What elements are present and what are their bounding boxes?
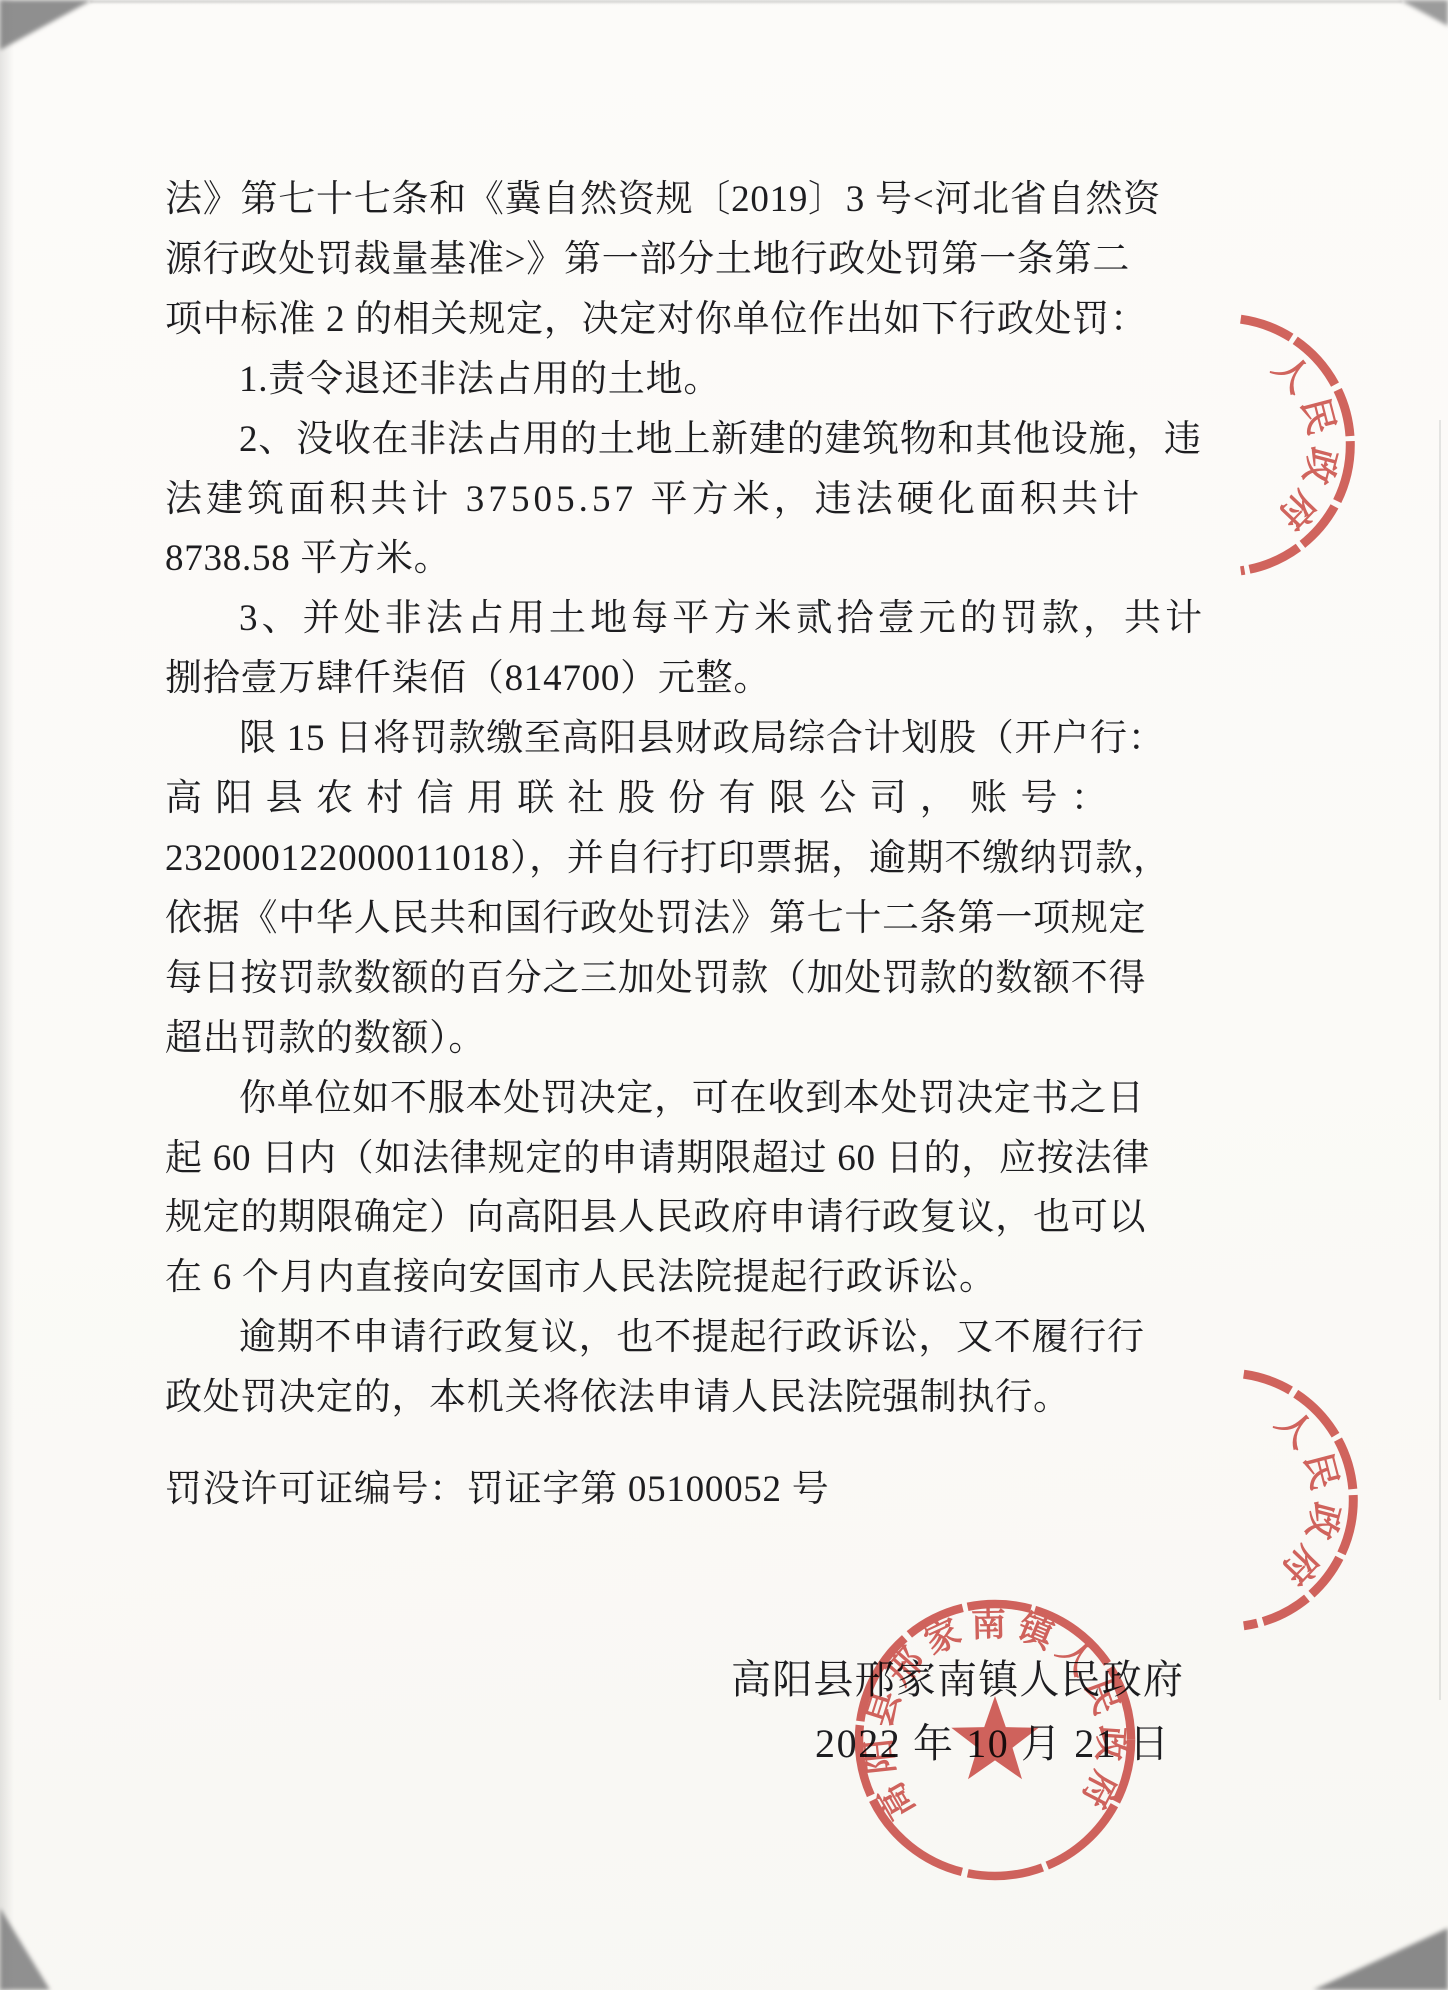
body-line: 源行政处罚裁量基准>》第一部分土地行政处罚第一条第二 xyxy=(165,230,1155,290)
seal-arc-text: 人民政府 xyxy=(1268,1402,1347,1598)
scan-corner-shadow-top-right xyxy=(1400,0,1448,26)
body-line: 起 60 日内（如法律规定的申请期限超过 60 日的，应按法律 xyxy=(165,1129,1155,1189)
body-line: 8738.58 平方米。 xyxy=(165,529,1155,589)
scan-edge-shadow-right xyxy=(1439,420,1441,1700)
signature-date: 2022 年 10 月 21 日 xyxy=(815,1722,1171,1766)
seal-ring-arc xyxy=(1244,1374,1354,1626)
seal-arc-text: 人民政府 xyxy=(1265,347,1344,543)
signature-agency: 高阳县邢家南镇人民政府 xyxy=(731,1658,1184,1702)
document-body: 法》第七十七条和《冀自然资规〔2019〕3 号<河北省自然资源行政处罚裁量基准>… xyxy=(165,170,1155,1428)
body-line: 你单位如不服本处罚决定，可在收到本处罚决定书之日 xyxy=(165,1069,1155,1129)
body-line: 高阳县农村信用联社股份有限公司，账号： xyxy=(165,769,1155,829)
body-line: 限 15 日将罚款缴至高阳县财政局综合计划股（开户行： xyxy=(165,709,1155,769)
body-line: 依据《中华人民共和国行政处罚法》第七十二条第一项规定 xyxy=(165,889,1155,949)
body-line: 逾期不申请行政复议，也不提起行政诉讼，又不履行行 xyxy=(165,1308,1155,1368)
body-line: 1.责令退还非法占用的土地。 xyxy=(165,350,1155,410)
scanned-document-page: 法》第七十七条和《冀自然资规〔2019〕3 号<河北省自然资源行政处罚裁量基准>… xyxy=(0,0,1448,1990)
body-line: 法建筑面积共计 37505.57 平方米，违法硬化面积共计 xyxy=(165,470,1155,530)
scan-edge-shadow-top xyxy=(90,0,1402,3)
permit-number-line: 罚没许可证编号：罚证字第 05100052 号 xyxy=(165,1466,830,1514)
body-line: 每日按罚款数额的百分之三加处罚款（加处罚款的数额不得 xyxy=(165,949,1155,1009)
scan-corner-shadow-bottom-right xyxy=(1313,1928,1448,1990)
body-line: 在 6 个月内直接向安国市人民法院提起行政诉讼。 xyxy=(165,1248,1155,1308)
body-line: 项中标准 2 的相关规定，决定对你单位作出如下行政处罚： xyxy=(165,290,1155,350)
body-line: 政处罚决定的，本机关将依法申请人民法院强制执行。 xyxy=(165,1368,1155,1428)
body-line: 2、没收在非法占用的土地上新建的建筑物和其他设施，违 xyxy=(165,410,1155,470)
body-line: 法》第七十七条和《冀自然资规〔2019〕3 号<河北省自然资 xyxy=(165,170,1155,230)
body-line: 规定的期限确定）向高阳县人民政府申请行政复议，也可以 xyxy=(165,1188,1155,1248)
body-line: 捌拾壹万肆仟柒佰（814700）元整。 xyxy=(165,649,1155,709)
body-line: 3、并处非法占用土地每平方米贰拾壹元的罚款，共计 xyxy=(165,589,1155,649)
body-line: 232000122000011018），并自行打印票据，逾期不缴纳罚款， xyxy=(165,829,1155,889)
scan-edge-shadow-left xyxy=(0,0,14,1990)
seal-ring-arc xyxy=(1241,319,1351,571)
body-line: 超出罚款的数额）。 xyxy=(165,1009,1155,1069)
seal-arc-text: 高阳县邢家南镇人民政府 xyxy=(858,1604,1131,1826)
